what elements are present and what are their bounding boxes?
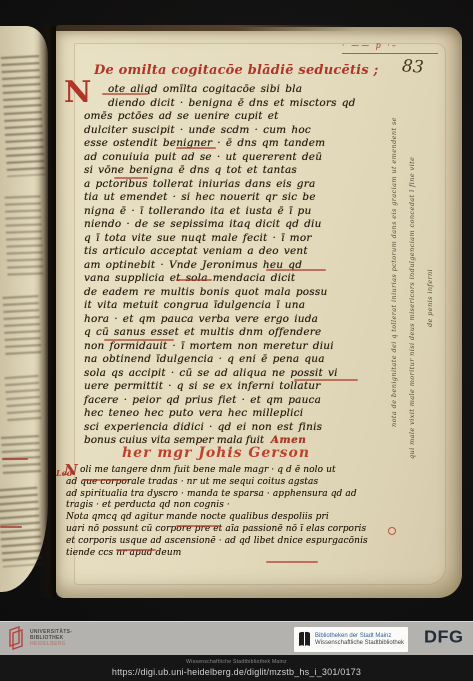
mainz-line1: Bibliotheken der Stadt Mainz (315, 633, 404, 640)
manuscript-line: tis articulo acceptat veniam a deo vent (84, 245, 384, 259)
left-page-red-mark (2, 458, 28, 460)
red-underline (266, 561, 318, 563)
manuscript-line: diendo dicit · benigna ē dns et misctors… (84, 97, 384, 111)
footer-logo-band: UNIVERSITÄTS- BIBLIOTHEK HEIDELBERG Bibl… (0, 621, 473, 656)
red-underline (176, 147, 216, 149)
manuscript-line: de eadem re multis bonis quot mala possu (84, 286, 384, 300)
manuscript-line: uere permittit · q si se ex inferni toll… (84, 380, 384, 394)
manuscript-line: et corporis usque ad ascensionē · ad qd … (66, 536, 414, 548)
dfg-logo: DFG (424, 628, 464, 648)
ub-heidelberg-logo: UNIVERSITÄTS- BIBLIOTHEK HEIDELBERG (7, 626, 72, 650)
manuscript-line: q ī tota vite sue nuqt male fecit · ī mo… (84, 232, 384, 246)
ub-heidelberg-text: UNIVERSITÄTS- BIBLIOTHEK HEIDELBERG (30, 629, 72, 647)
red-underline (82, 479, 128, 481)
top-margin-scribble-underline (342, 53, 438, 54)
left-page-red-mark (0, 526, 22, 528)
manuscript-line: dulciter suscipit · unde scdm · cum hoc (84, 124, 384, 138)
manuscript-line: hec teneo hec puto vera hec milleplici (84, 407, 384, 421)
manuscript-line: uari nō possunt cū corpore pre et aīa pa… (66, 524, 414, 536)
source-url: https://digi.ub.uni-heidelberg.de/diglit… (0, 667, 473, 677)
red-underline (176, 525, 220, 527)
footer-caption-strip: Wissenschaftliche Stadtbibliothek Mainz … (0, 655, 473, 681)
manuscript-line: ad conuiuia puit ad se · ut quererent de… (84, 151, 384, 165)
red-underline (116, 549, 156, 551)
manuscript-line: q cū sanus esset et multis dnm offendere (84, 326, 384, 340)
manuscript-line: tragis · et perducta qd non cognis · (66, 500, 414, 512)
manuscript-line: it vita metuit congrua īdulgencia ī una (84, 299, 384, 313)
manuscript-line: nigna ē · ī tollerando ita et iusta ē ī … (84, 205, 384, 219)
manuscript-line: si vōne benigna ē dns q tot et tantas (84, 164, 384, 178)
mainz-library-logo: Bibliotheken der Stadt Mainz Wissenschaf… (294, 627, 408, 652)
colophon-gerson: her mgr Johis Gerson (122, 445, 362, 461)
manuscript-line: a pctoribus tollerat iniurias dans eis g… (84, 178, 384, 192)
manuscript-line: non formidauit · ī mortem non meretur di… (84, 340, 384, 354)
mainz-line2: Wissenschaftliche Stadtbibliothek (315, 640, 404, 647)
ub-heidelberg-book-icon (7, 626, 27, 650)
folio-number: 83 (401, 56, 424, 77)
left-page-text-smudge (2, 295, 41, 357)
manuscript-page: · ⁓⁓ p ·– 83 De omilta cogitacōe blādiē … (56, 27, 462, 598)
top-margin-scribble: · ⁓⁓ p ·– (342, 41, 452, 50)
left-page-text-smudge (1, 435, 41, 477)
rubric-heading: De omilta cogitacōe blādiē seducētis ; (94, 63, 386, 78)
left-page-text-smudge (4, 375, 41, 423)
manuscript-line: omēs pctōes ad se uenire cupit et (84, 110, 384, 124)
manuscript-line: sola qs accipit · cū se ad aliqua ne pos… (84, 367, 384, 381)
right-marginalia: nota de benignitate dei q tollerat iniur… (390, 117, 398, 427)
manuscript-line: vana supplicia et sola mendacia dicit (84, 272, 384, 286)
binding-top-edge (56, 25, 356, 31)
manuscript-line: ad spiritualia tra dyscro · manda te spa… (66, 489, 414, 501)
red-underline (114, 177, 148, 179)
manuscript-line: sci experiencia didici · qd ei non est f… (84, 421, 384, 435)
red-underline (104, 339, 174, 341)
manuscript-line: oli me tangere dnm fuit bene male magr ·… (66, 465, 414, 477)
source-caption: Wissenschaftliche Stadtbibliothek Mainz (0, 659, 473, 665)
red-underline (294, 379, 358, 381)
manuscript-line: esse ostendit benigner · ē dns qm tandem (84, 137, 384, 151)
mainz-book-icon (298, 631, 311, 648)
mainz-library-text: Bibliotheken der Stadt Mainz Wissenschaf… (315, 633, 404, 647)
manuscript-line: tia ut emendet · si hec nouerit qr sic b… (84, 191, 384, 205)
manuscript-line: niendo · de se sepissima itaq dicit qd d… (84, 218, 384, 232)
red-strike (176, 279, 212, 281)
manuscript-line: am optinebit · Vnde Jeronimus heu qd (84, 259, 384, 273)
digitized-manuscript-viewer: · ⁓⁓ p ·– 83 De omilta cogitacōe blādiē … (0, 0, 473, 681)
ub-line3: HEIDELBERG (30, 641, 72, 647)
main-text-block: ote aliqd omīlta cogitacōe sibi bladiend… (84, 83, 384, 434)
manuscript-line: na obtinend īdulgencia · q eni ē pena qu… (84, 353, 384, 367)
red-circle-mark (388, 527, 396, 535)
red-underline (102, 93, 148, 95)
right-marginalia: de penis inferni (426, 269, 434, 327)
red-strike (266, 269, 326, 271)
right-marginalia: qui male vixit male moritur nisi deus mi… (408, 157, 416, 459)
manuscript-line: hora · et qm pauca verba vere ergo iuda (84, 313, 384, 327)
manuscript-line: facere · peior qd prius fiet · et qm pau… (84, 394, 384, 408)
manuscript-line: Nota qmcq qd agitur mande nocte qualibus… (66, 512, 414, 524)
